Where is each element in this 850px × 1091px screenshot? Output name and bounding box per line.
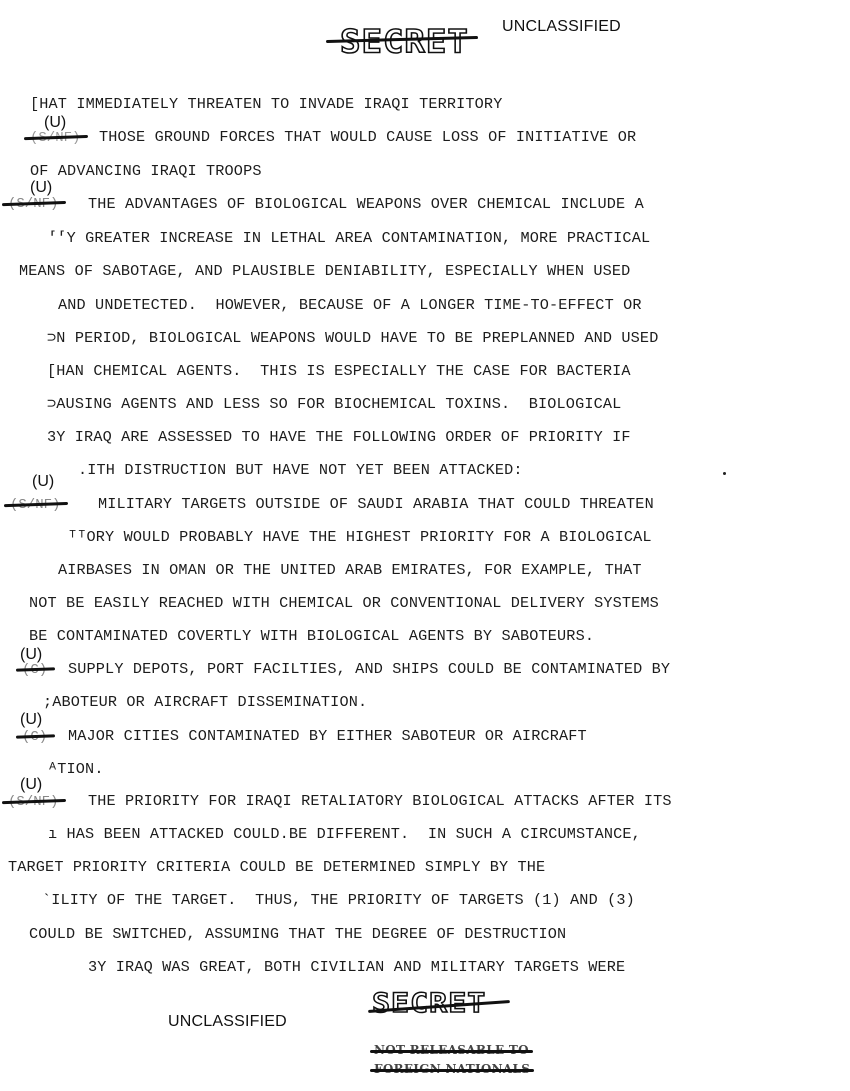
body-line-26: COULD BE SWITCHED, ASSUMING THAT THE DEG… xyxy=(29,925,566,943)
portion-mark-u: (U) xyxy=(20,647,42,663)
body-line-23: ı HAS BEEN ATTACKED COULD.BE DIFFERENT. … xyxy=(48,825,641,843)
portion-mark-u: (U) xyxy=(20,777,42,793)
body-line-1: [HAT IMMEDIATELY THREATEN TO INVADE IRAQ… xyxy=(30,95,502,113)
body-line-21: ᴬTION. xyxy=(48,760,104,778)
body-line-14: ᵀᵀORY WOULD PROBABLY HAVE THE HIGHEST PR… xyxy=(68,528,652,546)
body-line-8: ⊃N PERIOD, BIOLOGICAL WEAPONS WOULD HAVE… xyxy=(47,329,658,347)
body-line-11: 3Y IRAQ ARE ASSESSED TO HAVE THE FOLLOWI… xyxy=(47,428,631,446)
portion-mark-u: (U) xyxy=(32,474,54,490)
body-line-25: `ILITY OF THE TARGET. THUS, THE PRIORITY… xyxy=(42,891,635,909)
portion-mark-u: (U) xyxy=(30,180,52,196)
body-line-19: ;ABOTEUR OR AIRCRAFT DISSEMINATION. xyxy=(43,693,367,711)
body-line-4: THE ADVANTAGES OF BIOLOGICAL WEAPONS OVE… xyxy=(88,195,644,213)
document-page: SECRET UNCLASSIFIED [HAT IMMEDIATELY THR… xyxy=(0,0,850,1091)
unclassified-marking-header: UNCLASSIFIED xyxy=(502,18,621,36)
portion-mark-struck-snf: (S/NF) xyxy=(8,794,58,810)
body-line-15: AIRBASES IN OMAN OR THE UNITED ARAB EMIR… xyxy=(58,561,642,579)
body-line-12: .ITH DISTRUCTION BUT HAVE NOT YET BEEN A… xyxy=(78,461,523,479)
body-line-10: ⊃AUSING AGENTS AND LESS SO FOR BIOCHEMIC… xyxy=(47,395,621,413)
scan-speck xyxy=(723,472,726,475)
body-line-16: NOT BE EASILY REACHED WITH CHEMICAL OR C… xyxy=(29,594,659,612)
portion-mark-u: (U) xyxy=(44,115,66,131)
body-line-20: MAJOR CITIES CONTAMINATED BY EITHER SABO… xyxy=(68,727,587,745)
body-line-24: TARGET PRIORITY CRITERIA COULD BE DETERM… xyxy=(8,858,545,876)
portion-mark-u: (U) xyxy=(20,712,42,728)
body-line-18: SUPPLY DEPOTS, PORT FACILTIES, AND SHIPS… xyxy=(68,660,670,678)
body-line-17: BE CONTAMINATED COVERTLY WITH BIOLOGICAL… xyxy=(29,627,594,645)
body-line-2: THOSE GROUND FORCES THAT WOULD CAUSE LOS… xyxy=(99,128,636,146)
body-line-7: AND UNDETECTED. HOWEVER, BECAUSE OF A LO… xyxy=(58,296,642,314)
dissemination-line-1-struck: NOT RELEASABLE TO xyxy=(374,1043,529,1057)
dissemination-line-2-struck: FOREIGN NATIONALS xyxy=(374,1062,530,1076)
body-line-9: [HAN CHEMICAL AGENTS. THIS IS ESPECIALLY… xyxy=(47,362,631,380)
body-line-13: MILITARY TARGETS OUTSIDE OF SAUDI ARABIA… xyxy=(98,495,654,513)
portion-mark-struck-c: (C) xyxy=(22,729,47,745)
portion-mark-struck-snf: (S/NF) xyxy=(8,196,58,212)
unclassified-marking-footer: UNCLASSIFIED xyxy=(168,1013,287,1031)
body-line-27: 3Y IRAQ WAS GREAT, BOTH CIVILIAN AND MIL… xyxy=(88,958,625,976)
portion-mark-struck-c: (C) xyxy=(22,662,47,678)
body-line-22: THE PRIORITY FOR IRAQI RETALIATORY BIOLO… xyxy=(88,792,672,810)
body-line-6: MEANS OF SABOTAGE, AND PLAUSIBLE DENIABI… xyxy=(19,262,630,280)
body-line-5: ⸢⸢Y GREATER INCREASE IN LETHAL AREA CONT… xyxy=(48,229,650,247)
portion-mark-struck-snf: (S/NF) xyxy=(10,497,60,513)
body-line-3: OF ADVANCING IRAQI TROOPS xyxy=(30,162,262,180)
portion-mark-struck-snf: (S/NF) xyxy=(30,130,80,146)
